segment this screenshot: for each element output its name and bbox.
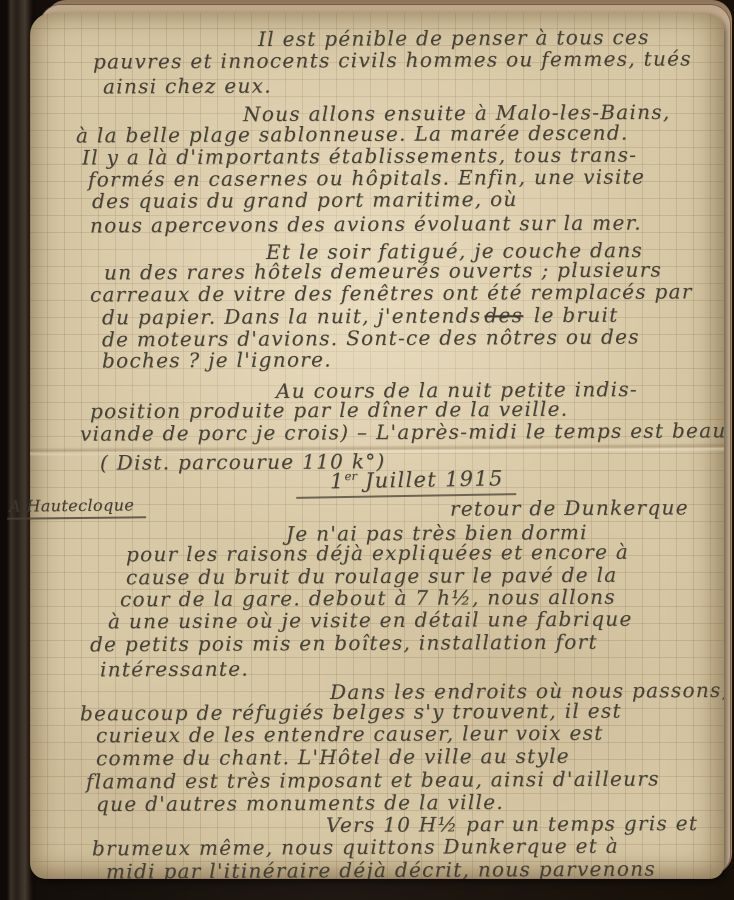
handwritten-line: de petits pois mis en boîtes, installati… <box>90 631 598 656</box>
handwritten-line: flamand est très imposant et beau, ainsi… <box>86 767 660 792</box>
handwritten-line: curieux de les entendre causer, leur voi… <box>96 722 604 747</box>
handwritten-line: viande de porc je crois) – L'après-midi … <box>80 419 724 444</box>
date-ordinal: er <box>344 469 357 483</box>
handwritten-line: intéressante. <box>100 658 249 681</box>
handwritten-line: des quais du grand port maritime, où <box>92 188 518 212</box>
handwritten-line: à une usine où je visite en détail une f… <box>108 608 633 633</box>
handwritten-line-part: le bruit <box>526 303 618 327</box>
date-rest: Juillet 1915 <box>357 466 504 493</box>
notebook-photo: Il est pénible de penser à tous ces pauv… <box>0 0 734 900</box>
handwritten-line: comme du chant. L'Hôtel de ville au styl… <box>96 745 570 769</box>
handwritten-line: de moteurs d'avions. Sont-ce des nôtres … <box>102 326 640 351</box>
entry-subheading: retour de Dunkerque <box>450 496 689 519</box>
handwritten-line: boches ? je l'ignore. <box>102 348 332 371</box>
handwritten-line: ainsi chez eux. <box>103 75 272 98</box>
date-heading: 1er Juillet 1915 <box>296 467 516 499</box>
handwritten-line: midi par l'itinéraire déjà décrit, nous … <box>106 858 656 879</box>
handwritten-line: pour les raisons déjà expliquées et enco… <box>126 541 629 566</box>
handwritten-line: Vers 10 H½ par un temps gris et <box>326 812 698 836</box>
handwritten-line: nous apercevons des avions évoluant sur … <box>90 212 642 237</box>
handwritten-line: brumeux même, nous quittons Dunkerque et… <box>92 835 619 860</box>
margin-note: A Hautecloque <box>7 495 146 519</box>
struck-word: des <box>484 303 523 327</box>
date-day: 1 <box>330 469 345 493</box>
handwritten-line: pauvres et innocents civils hommes ou fe… <box>93 47 692 72</box>
notebook-page: Il est pénible de penser à tous ces pauv… <box>30 13 724 879</box>
